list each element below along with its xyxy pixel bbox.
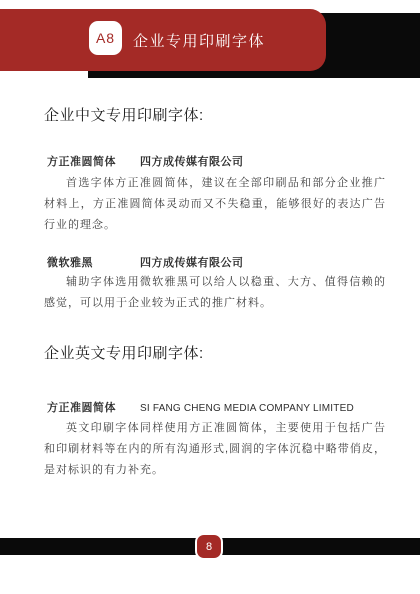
page-number: 8	[206, 541, 212, 553]
typeface-name-label: 微软雅黑	[47, 254, 140, 270]
company-name-sample: 四方成传媒有限公司	[140, 254, 244, 270]
typeface-name-label: 方正准圆简体	[47, 153, 140, 169]
section-code-badge: A8	[89, 21, 122, 55]
typeface-description: 首选字体方正准圆简体，建议在全部印刷品和部分企业推广材料上，方正准圆简体灵动而又…	[44, 173, 386, 236]
chinese-typeface-section-heading: 企业中文专用印刷字体:	[44, 104, 204, 125]
company-name-sample-english: SI FANG CHENG MEDIA COMPANY LIMITED	[140, 403, 354, 414]
typeface-entry-row: 微软雅黑 四方成传媒有限公司	[47, 254, 244, 270]
brand-manual-page: A8 企业专用印刷字体 企业中文专用印刷字体: 方正准圆简体 四方成传媒有限公司…	[0, 0, 420, 594]
english-typeface-section-heading: 企业英文专用印刷字体:	[44, 342, 204, 363]
typeface-entry-row: 方正准圆简体 SI FANG CHENG MEDIA COMPANY LIMIT…	[47, 399, 354, 415]
typeface-description: 英文印刷字体同样使用方正准圆简体，主要使用于包括广告和印刷材料等在内的所有沟通形…	[44, 418, 386, 481]
section-code-label: A8	[96, 30, 115, 46]
typeface-entry-row: 方正准圆简体 四方成传媒有限公司	[47, 153, 244, 169]
page-number-badge: 8	[195, 533, 223, 560]
company-name-sample: 四方成传媒有限公司	[140, 153, 244, 169]
typeface-description: 辅助字体选用微软雅黑可以给人以稳重、大方、值得信赖的感觉，可以用于企业较为正式的…	[44, 272, 386, 314]
page-title: 企业专用印刷字体	[133, 9, 265, 71]
typeface-name-label: 方正准圆简体	[47, 399, 140, 415]
